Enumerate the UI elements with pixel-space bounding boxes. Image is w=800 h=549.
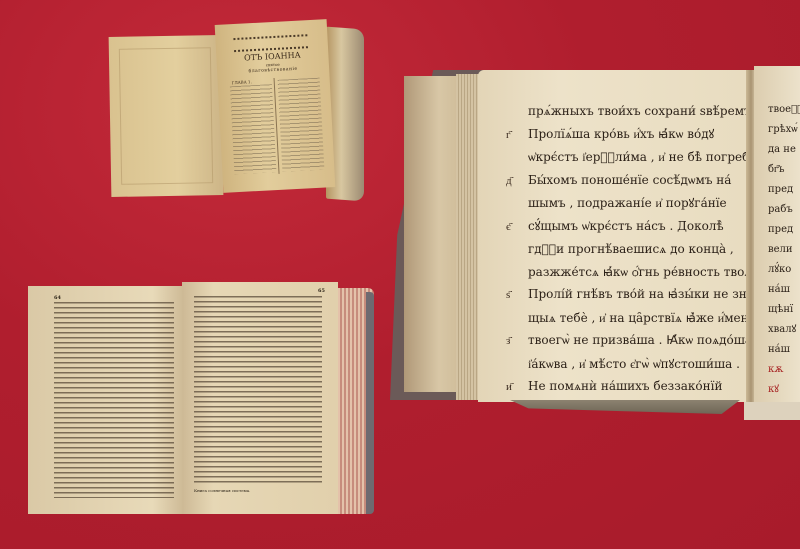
page-number-left: 64 [54,295,61,301]
slavonic-text-column: прѧ́жныхъ твои́хъ сохрани́ ѕвѣ́ремъ земн… [506,100,750,402]
small-book-right-page: ОТЪ ІОАННА святое благовѣствованіе ГЛАВА… [215,19,336,193]
modern-book-left-text [54,302,174,498]
slavonic-book-left-page: прѧ́жныхъ твои́хъ сохрани́ ѕвѣ́ремъ земн… [478,70,750,402]
text-line: разжже́тсѧ ꙗ҆́кѡ ѻ҆́гнь ре́вность твоѧ̀ … [506,261,750,284]
small-book-left-page [109,35,224,197]
modern-book-cover-edge [366,292,374,514]
text-line: д҃Бы́хомъ поноше́нїе сосѣ́дѡмъ на́ [506,169,750,193]
slavonic-book-loose-page [744,402,800,420]
text-line: и҃Не помѧнѝ на́шихъ беззако́нїй [506,375,750,399]
slavonic-book-right-page: твоеⷢ҇ грѣхѡ́ да не бг҃ъ пред рабъ пред … [754,66,800,402]
small-book-text-block-right [278,78,325,172]
modern-book-right-text [194,296,322,486]
modern-book-left-page: 64 [28,286,184,514]
text-line: з҃твоегѡ̀ не призва́ша . Ꙗ҆́кѡ поѧдо́ша [506,329,750,353]
small-book-text-block-left [230,84,277,174]
slavonic-book: прѧ́жныхъ твои́хъ сохрани́ ѕвѣ́ремъ земн… [390,66,800,426]
text-line: ѕ҃Пролі́й гнѣ́въ тво́й на ꙗ҆зы́ки не зна… [506,283,750,307]
text-line: шымъ , подражані́е и҆ порꙋга́нїе [506,192,750,215]
modern-book-footer: Книга солнечная система. [194,488,250,493]
small-book-ornament [233,34,308,52]
text-line: ѡ҆крє́стъ і҆ерⷭ҇ли́ма , и҆ не бѣ̀ погреб… [506,146,750,169]
small-book-left-frame [119,47,213,185]
text-line: прѧ́жныхъ твои́хъ сохрани́ ѕвѣ́ремъ земн… [506,100,750,123]
text-line: і҆а́кѡва , и҆ мѣ́сто є҆гѡ̀ ѡ҆пꙋстоши́ша … [506,353,750,376]
page-number-right: 65 [318,288,325,294]
small-book: ОТЪ ІОАННА святое благовѣствованіе ГЛАВА… [104,10,366,206]
text-line: є҃сꙋ́щымъ ѡ҆крє́стъ на́съ . Доколѣ̀ [506,215,750,239]
slavonic-book-spine-cloth [510,400,740,414]
modern-book: 64 65 Книга солнечная система. [24,282,376,520]
text-line: гдⷭ҇и прогнѣ́ваешисѧ до конца̀ , [506,238,750,261]
text-line: щыѧ тебѐ , и҆ на ца̑рствїѧ ꙗ҆̀же и҆́мени [506,307,750,330]
text-line: г҃Пролїѧ́ша кро́вь и҆́хъ ꙗ҆́кѡ во́дꙋ [506,123,750,147]
right-page-text: твоеⷢ҇ грѣхѡ́ да не бг҃ъ пред рабъ пред … [768,100,800,402]
modern-book-right-page: 65 Книга солнечная система. [182,282,338,514]
